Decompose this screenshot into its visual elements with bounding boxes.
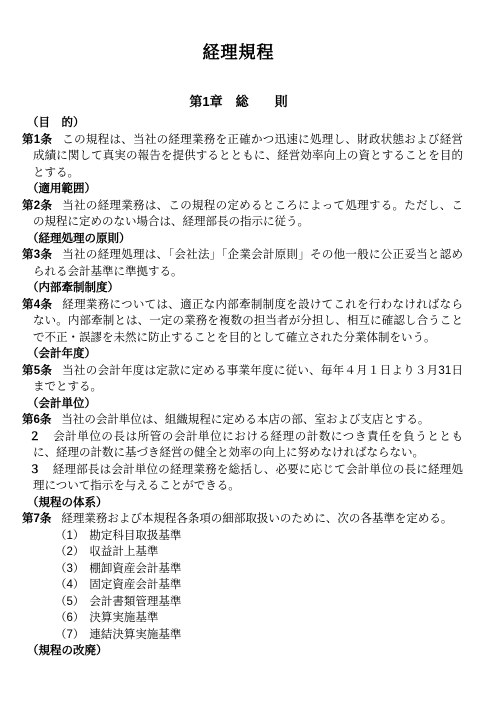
article-subitem: ３経理部長は会計単位の経理業務を総括し、必要に応じて会計単位の長に経理処理につい… (33, 462, 463, 495)
article-text: 当社の会計単位は、組織規程に定める本店の部、室および支店とする。 (61, 414, 429, 426)
article-number: 第2条 (22, 200, 62, 212)
standards-list-item: （5）会計書類管理基準 (55, 594, 477, 611)
article-number: 第6条 (22, 414, 61, 426)
section-heading: （規程の改廃） (27, 643, 477, 660)
article-text: 経理業務については、適正な内部牽制制度を設けてこれを行わなければならない。内部牽… (33, 299, 463, 344)
article-paragraph: 第1条この規程は、当社の経理業務を正確かつ迅速に処理し、財政状態および経営成績に… (33, 132, 463, 182)
section-heading: （経理処理の原則） (27, 231, 477, 248)
subitem-number: ３ (29, 464, 53, 476)
section-heading-text: （内部牽制制度） (27, 282, 119, 294)
section-heading: （規程の体系） (27, 495, 477, 512)
section-heading: （適用範囲） (27, 181, 477, 198)
article-text: 当社の経理処理は、「会社法」「企業会計原則」その他一般に公正妥当と認められる会計… (33, 249, 463, 278)
list-item-number: （6） (55, 612, 89, 624)
list-item-text: 収益計上基準 (89, 546, 158, 558)
list-item-text: 固定資産会計基準 (89, 579, 181, 591)
article-number: 第4条 (22, 299, 62, 311)
list-item-number: （1） (55, 530, 89, 542)
article-text: この規程は、当社の経理業務を正確かつ迅速に処理し、財政状態および経営成績に関して… (33, 134, 463, 179)
list-item-text: 会計書類管理基準 (89, 596, 181, 608)
article-paragraph: 第2条当社の経理業務は、この規程の定めるところによって処理する。ただし、この規程… (33, 198, 463, 231)
list-item-text: 決算実施基準 (89, 612, 158, 624)
document-page: 経理規程 第1章 総 則 （目 的）第1条この規程は、当社の経理業務を正確かつ迅… (0, 0, 477, 701)
standards-list-item: （7）連結決算実施基準 (55, 627, 477, 644)
article-paragraph: 第6条当社の会計単位は、組織規程に定める本店の部、室および支店とする。 (33, 412, 463, 429)
chapter-heading: 第1章 総 則 (0, 95, 477, 109)
section-heading-text: （会計年度） (27, 348, 96, 360)
list-item-number: （5） (55, 596, 89, 608)
article-text: 当社の会計年度は定款に定める事業年度に従い、毎年４月１日より３月31日までとする… (33, 365, 463, 394)
standards-list-item: （1）勘定科目取扱基準 (55, 528, 477, 545)
section-heading-text: （規程の体系） (27, 497, 108, 509)
section-heading: （目 的） (27, 115, 477, 132)
list-item-number: （4） (55, 579, 89, 591)
standards-list-item: （6）決算実施基準 (55, 610, 477, 627)
article-number: 第3条 (22, 249, 62, 261)
section-heading: （会計単位） (27, 396, 477, 413)
standards-list-item: （3）棚卸資産会計基準 (55, 561, 477, 578)
article-paragraph: 第5条当社の会計年度は定款に定める事業年度に従い、毎年４月１日より３月31日まで… (33, 363, 463, 396)
standards-list-item: （4）固定資産会計基準 (55, 577, 477, 594)
article-paragraph: 第4条経理業務については、適正な内部牽制制度を設けてこれを行わなければならない。… (33, 297, 463, 347)
article-paragraph: 第7条経理業務および本規程各条項の細部取扱いのために、次の各基準を定める。 (33, 511, 463, 528)
section-heading-text: （経理処理の原則） (27, 233, 131, 245)
section-heading-text: （規程の改廃） (27, 645, 108, 657)
article-number: 第7条 (22, 513, 61, 525)
article-number: 第1条 (22, 134, 62, 146)
article-paragraph: 第3条当社の経理処理は、「会社法」「企業会計原則」その他一般に公正妥当と認められ… (33, 247, 463, 280)
section-heading-text: （適用範囲） (27, 183, 96, 195)
article-number: 第5条 (22, 365, 62, 377)
article-text: 当社の経理業務は、この規程の定めるところによって処理する。ただし、この規程に定め… (33, 200, 463, 229)
section-heading-text: （会計単位） (27, 398, 96, 410)
section-heading: （会計年度） (27, 346, 477, 363)
list-item-number: （2） (55, 546, 89, 558)
document-body: （目 的）第1条この規程は、当社の経理業務を正確かつ迅速に処理し、財政状態および… (0, 115, 477, 660)
standards-list-item: （2）収益計上基準 (55, 544, 477, 561)
article-text: 経理業務および本規程各条項の細部取扱いのために、次の各基準を定める。 (61, 513, 452, 525)
list-item-text: 連結決算実施基準 (89, 629, 181, 641)
subitem-number: ２ (29, 431, 53, 443)
list-item-text: 勘定科目取扱基準 (89, 530, 181, 542)
list-item-number: （3） (55, 563, 89, 575)
document-title: 経理規程 (0, 0, 477, 62)
section-heading-text: （目 的） (27, 117, 85, 129)
subitem-text: 会計単位の長は所管の会計単位における経理の計数につき責任を負うとともに、経理の計… (33, 431, 463, 460)
article-subitem: ２会計単位の長は所管の会計単位における経理の計数につき責任を負うとともに、経理の… (33, 429, 463, 462)
section-heading: （内部牽制制度） (27, 280, 477, 297)
subitem-text: 経理部長は会計単位の経理業務を総括し、必要に応じて会計単位の長に経理処理について… (33, 464, 463, 493)
list-item-text: 棚卸資産会計基準 (89, 563, 181, 575)
list-item-number: （7） (55, 629, 89, 641)
